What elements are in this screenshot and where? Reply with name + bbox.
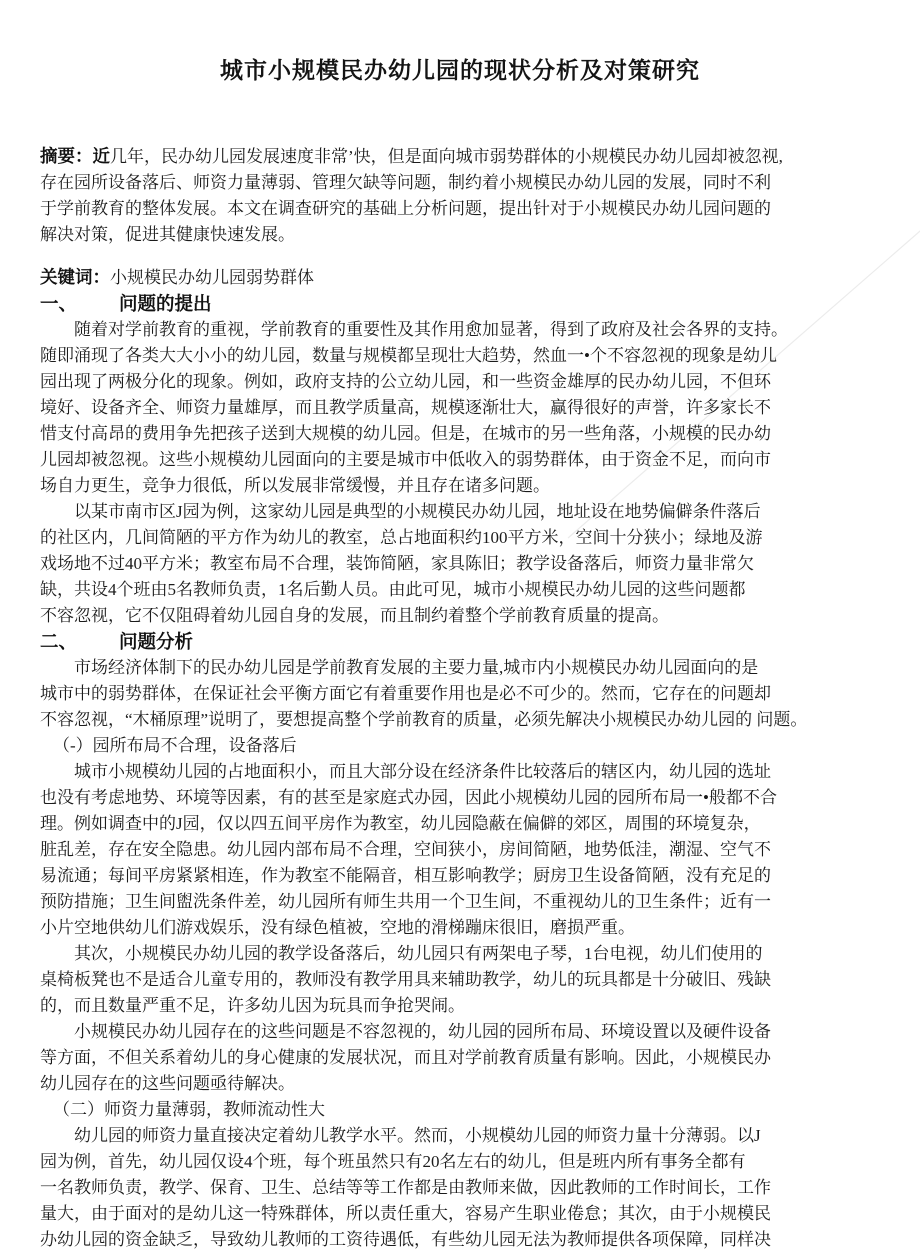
- heading-number: 二、: [40, 629, 119, 655]
- text-line: 随着对学前教育的重视，学前教育的重要性及其作用愈加显著，得到了政府及社会各界的支…: [40, 317, 880, 343]
- text-line: （二）师资力量薄弱，教师流动性大: [40, 1097, 880, 1123]
- text-line: 市场经济体制下的民办幼儿园是学前教育发展的主要力量,城市内小规模民办幼儿园面向的…: [40, 655, 880, 681]
- text-line: 随即涌现了各类大大小小的幼儿园，数量与规模都呈现壮大趋势，然血一•个不容忽视的现…: [40, 343, 880, 369]
- text-line: 量大，由于面对的是幼儿这一特殊群体，所以责任重大，容易产生职业倦怠；其次，由于小…: [40, 1201, 880, 1227]
- text-line: 等方面，不但关系着幼儿的身心健康的发展状况，而且对学前教育质量有影响。因此，小规…: [40, 1045, 880, 1071]
- text-line: 也没有考虑地势、环境等因素，有的甚至是家庭式办园，因此小规模幼儿园的园所布局一•…: [40, 785, 880, 811]
- document-body: 摘要：近几年，民办幼儿园发展速度非常’快，但是面向城市弱势群体的小规模民办幼儿园…: [40, 143, 880, 1249]
- heading-text: 问题的提出: [119, 293, 212, 314]
- text-line: 场自力更生，竞争力很低，所以发展非常缓慢，并且存在诸多问题。: [40, 473, 880, 499]
- text-line: 关键词：小规模民办幼儿园弱势群体: [40, 264, 880, 291]
- text-line: 境好、设备齐全、师资力量雄厚，而且教学质量高，规模逐渐壮大，赢得很好的声誉，许多…: [40, 395, 880, 421]
- text-line: （-）园所布局不合理，设备落后: [40, 733, 880, 759]
- text-line: 脏乱差，存在安全隐患。幼儿园内部布局不合理，空间狭小，房间简陋，地势低洼，潮湿、…: [40, 837, 880, 863]
- text-line: 的，而且数量严重不足，许多幼儿因为玩具而争抢哭闹。: [40, 993, 880, 1019]
- subsection-2-heading: （二）师资力量薄弱，教师流动性大: [40, 1097, 880, 1123]
- heading-number: 一、: [40, 291, 119, 317]
- text-line: 存在园所设备落后、师资力量薄弱、管理欠缺等问题，制约着小规模民办幼儿园的发展，同…: [40, 170, 880, 196]
- section-2-paragraph-1: 市场经济体制下的民办幼儿园是学前教育发展的主要力量,城市内小规模民办幼儿园面向的…: [40, 655, 880, 733]
- text-line: 缺，共设4个班由5名教师负责，1名后勤人员。由此可见，城市小规模民办幼儿园的这些…: [40, 577, 880, 603]
- section-1-paragraph-1: 随着对学前教育的重视，学前教育的重要性及其作用愈加显著，得到了政府及社会各界的支…: [40, 317, 880, 499]
- text-line: 桌椅板凳也不是适合儿童专用的，教师没有教学用具来辅助教学，幼儿的玩具都是十分破旧…: [40, 967, 880, 993]
- text-line: 幼儿园的师资力量直接决定着幼儿教学水平。然而，小规模幼儿园的师资力量十分薄弱。以…: [40, 1123, 880, 1149]
- text-line: 的社区内，几间简陋的平方作为幼儿的教室，总占地面积约100平方米，空间十分狭小；…: [40, 525, 880, 551]
- text-line: 一名教师负责，教学、保育、卫生、总结等等工作都是由教师来做，因此教师的工作时间长…: [40, 1175, 880, 1201]
- text-line: 办幼儿园的资金缺乏，导致幼儿教师的工资待遇低，有些幼儿园无法为教师提供各项保障，…: [40, 1227, 880, 1249]
- document-page: 城市小规模民办幼儿园的现状分析及对策研究 摘要：近几年，民办幼儿园发展速度非常’…: [0, 52, 920, 1249]
- text-line: 于学前教育的整体发展。本文在调查研究的基础上分析问题，提出针对于小规模民办幼儿园…: [40, 196, 880, 222]
- section-1-heading: 一、问题的提出: [40, 291, 880, 317]
- subsection-2-paragraph-1: 幼儿园的师资力量直接决定着幼儿教学水平。然而，小规模幼儿园的师资力量十分薄弱。以…: [40, 1123, 880, 1249]
- text-line: 幼儿园存在的这些问题亟待解决。: [40, 1071, 880, 1097]
- text-line: 理。例如调查中的J园，仅以四五间平房作为教室，幼儿园隐蔽在偏僻的郊区，周围的环境…: [40, 811, 880, 837]
- keywords-line: 关键词：小规模民办幼儿园弱势群体: [40, 264, 880, 291]
- text-line: 摘要：近几年，民办幼儿园发展速度非常’快，但是面向城市弱势群体的小规模民办幼儿园…: [40, 143, 880, 170]
- subsection-1-paragraph-3: 小规模民办幼儿园存在的这些问题是不容忽视的，幼儿园的园所布局、环境设置以及硬件设…: [40, 1019, 880, 1097]
- text-line: 解决对策，促进其健康快速发展。: [40, 222, 880, 248]
- text-line: 预防措施；卫生间盥洗条件差，幼儿园所有师生共用一个卫生间，不重视幼儿的卫生条件；…: [40, 889, 880, 915]
- text-line: 戏场地不过40平方米；教室布局不合理，装饰简陋，家具陈旧；教学设备落后，师资力量…: [40, 551, 880, 577]
- text-line: 园出现了两极分化的现象。例如，政府支持的公立幼儿园，和一些资金雄厚的民办幼儿园，…: [40, 369, 880, 395]
- text-line: 城市小规模幼儿园的占地面积小，而且大部分设在经济条件比较落后的辖区内，幼儿园的选…: [40, 759, 880, 785]
- text-line: 不容忽视，“木桶原理”说明了，要想提高整个学前教育的质量，必须先解决小规模民办幼…: [40, 707, 880, 733]
- subsection-1-heading: （-）园所布局不合理，设备落后: [40, 733, 880, 759]
- document-title: 城市小规模民办幼儿园的现状分析及对策研究: [40, 52, 880, 85]
- text-line: 易流通；每间平房紧紧相连，作为教室不能隔音，相互影响教学；厨房卫生设备简陋，没有…: [40, 863, 880, 889]
- text-line: 其次，小规模民办幼儿园的教学设备落后，幼儿园只有两架电子琴，1台电视，幼儿们使用…: [40, 941, 880, 967]
- section-1-paragraph-2: 以某市南市区J园为例，这家幼儿园是典型的小规模民办幼儿园，地址设在地势偏僻条件落…: [40, 499, 880, 629]
- text-line: 园为例，首先，幼儿园仅设4个班，每个班虽然只有20名左右的幼儿，但是班内所有事务…: [40, 1149, 880, 1175]
- subsection-1-paragraph-2: 其次，小规模民办幼儿园的教学设备落后，幼儿园只有两架电子琴，1台电视，幼儿们使用…: [40, 941, 880, 1019]
- text-line: 城市中的弱势群体，在保证社会平衡方面它有着重要作用也是必不可少的。然而，它存在的…: [40, 681, 880, 707]
- heading-text: 问题分析: [119, 631, 193, 652]
- section-2-heading: 二、问题分析: [40, 629, 880, 655]
- text-line: 小片空地供幼儿们游戏娱乐，没有绿色植被，空地的滑梯蹦床很旧，磨损严重。: [40, 915, 880, 941]
- text-line: 以某市南市区J园为例，这家幼儿园是典型的小规模民办幼儿园，地址设在地势偏僻条件落…: [40, 499, 880, 525]
- text-line: 小规模民办幼儿园存在的这些问题是不容忽视的，幼儿园的园所布局、环境设置以及硬件设…: [40, 1019, 880, 1045]
- text-line: 儿园却被忽视。这些小规模幼儿园面向的主要是城市中低收入的弱势群体，由于资金不足，…: [40, 447, 880, 473]
- subsection-1-paragraph-1: 城市小规模幼儿园的占地面积小，而且大部分设在经济条件比较落后的辖区内，幼儿园的选…: [40, 759, 880, 941]
- abstract-paragraph: 摘要：近几年，民办幼儿园发展速度非常’快，但是面向城市弱势群体的小规模民办幼儿园…: [40, 143, 880, 248]
- text-line: 不容忽视，它不仅阻碍着幼儿园自身的发展，而且制约着整个学前教育质量的提高。: [40, 603, 880, 629]
- text-line: 惜支付高昂的费用争先把孩子送到大规模的幼儿园。但是，在城市的另一些角落，小规模的…: [40, 421, 880, 447]
